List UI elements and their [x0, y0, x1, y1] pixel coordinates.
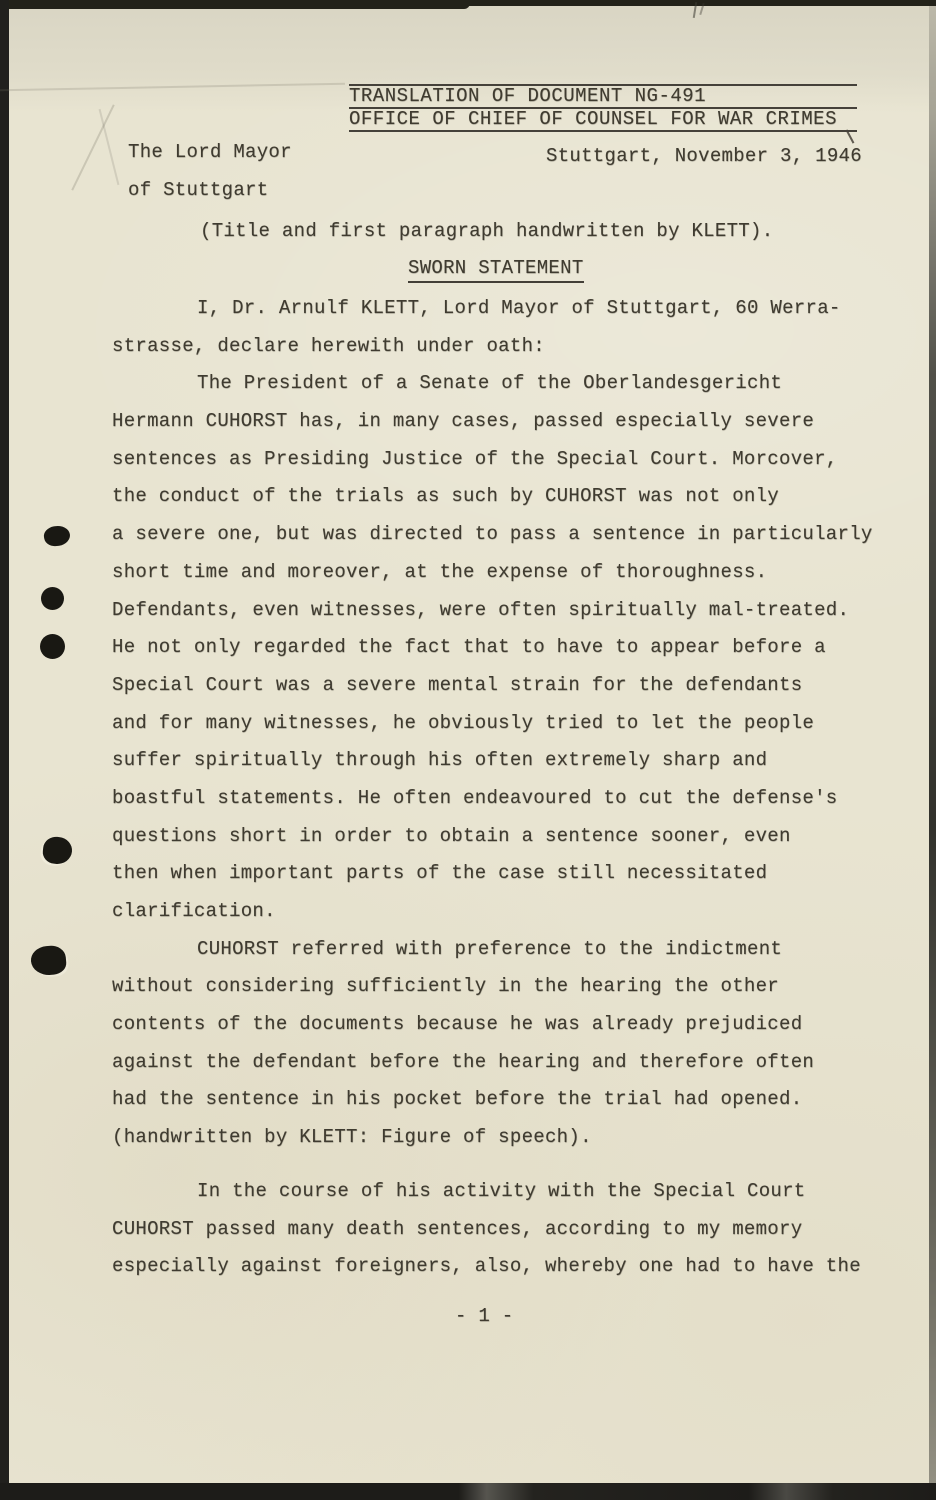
addressee-line-1: The Lord Mayor [128, 141, 292, 163]
body-line: I, Dr. Arnulf KLETT, Lord Mayor of Stutt… [112, 290, 912, 328]
body-line: sentences as Presiding Justice of the Sp… [112, 441, 912, 479]
body-line: (handwritten by KLETT: Figure of speech)… [112, 1119, 912, 1157]
body-line: CUHORST passed many death sentences, acc… [112, 1211, 912, 1249]
stamp-line-2: OFFICE OF CHIEF OF COUNSEL FOR WAR CRIME… [349, 109, 857, 132]
hole-punch-mark [30, 945, 67, 977]
stamp-line-1: TRANSLATION OF DOCUMENT NG-491 [349, 86, 857, 109]
handwritten-note: (Title and first paragraph handwritten b… [200, 220, 773, 242]
body-line: clarification. [112, 893, 912, 931]
body-line: suffer spiritually through his often ext… [112, 742, 912, 780]
body-line: He not only regarded the fact that to ha… [112, 629, 912, 667]
body-line: strasse, declare herewith under oath: [112, 328, 912, 366]
pencil-mark [99, 109, 120, 185]
document-page: TRANSLATION OF DOCUMENT NG-491 OFFICE OF… [0, 0, 936, 1500]
statement-body: I, Dr. Arnulf KLETT, Lord Mayor of Stutt… [112, 290, 912, 1286]
hole-punch-mark [41, 587, 64, 610]
body-line: In the course of his activity with the S… [112, 1173, 912, 1211]
scan-edge-right [929, 0, 936, 1500]
scan-edge-left [0, 0, 9, 1500]
body-line: a severe one, but was directed to pass a… [112, 516, 912, 554]
hole-punch-mark [42, 524, 71, 548]
hole-punch-mark [40, 634, 65, 659]
body-line: then when important parts of the case st… [112, 855, 912, 893]
body-line: without considering sufficiently in the … [112, 968, 912, 1006]
body-line: and for many witnesses, he obviously tri… [112, 705, 912, 743]
body-line: boastful statements. He often endeavoure… [112, 780, 912, 818]
crease-mark [0, 83, 345, 92]
page-number: - 1 - [455, 1305, 514, 1327]
body-line: against the defendant before the hearing… [112, 1044, 912, 1082]
body-line: short time and moreover, at the expense … [112, 554, 912, 592]
hole-punch-mark [42, 836, 74, 866]
body-line: Defendants, even witnesses, were often s… [112, 592, 912, 630]
translation-stamp: TRANSLATION OF DOCUMENT NG-491 OFFICE OF… [349, 84, 857, 132]
body-line: had the sentence in his pocket before th… [112, 1081, 912, 1119]
addressee-line-2: of Stuttgart [128, 179, 268, 201]
scan-edge-bottom [0, 1483, 936, 1500]
page-title: SWORN STATEMENT [408, 257, 584, 283]
body-line: Special Court was a severe mental strain… [112, 667, 912, 705]
body-line: the conduct of the trials as such by CUH… [112, 478, 912, 516]
body-line: Hermann CUHORST has, in many cases, pass… [112, 403, 912, 441]
body-line: especially against foreigners, also, whe… [112, 1248, 912, 1286]
body-line: questions short in order to obtain a sen… [112, 818, 912, 856]
scan-edge-top-left [0, 0, 470, 9]
body-line: contents of the documents because he was… [112, 1006, 912, 1044]
dateline: Stuttgart, November 3, 1946 [546, 145, 862, 167]
body-line: The President of a Senate of the Oberlan… [112, 365, 912, 403]
body-line: CUHORST referred with preference to the … [112, 931, 912, 969]
